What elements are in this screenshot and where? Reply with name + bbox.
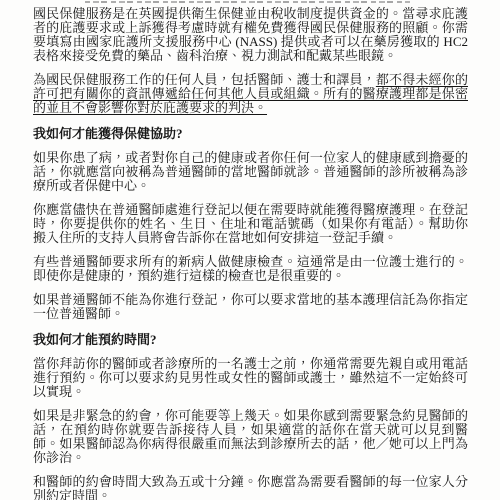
text-segment: 我如何才能預約時間? (33, 332, 157, 347)
paragraph-health-check: 有些普通醫師要求所有的新病人做健康檢查。這通常是由一位護士進行的。即使你是健康的… (33, 255, 468, 283)
text-segment: 當你拜訪你的醫師或者診療所的一名護士之前，你通常需要先親自或用電話進行預約。你可… (33, 356, 468, 399)
text-segment: 如果普通醫師不能為你進行登記，你可以要求當地的基本護理信託為你指定一位普通醫師。 (33, 292, 468, 321)
text-segment: 我如何才能獲得保健協助? (33, 126, 183, 141)
text-segment: 為國民保健服務工作的任何人員，包括醫師、護士和譯員， (33, 72, 376, 87)
heading-how-to-get-healthcare: 我如何才能獲得保健協助? (33, 127, 468, 141)
paragraph-register-gp: 你應當儘快在普通醫師處進行登記以便在需要時就能獲得醫療護理。在登記時，你要提供你… (33, 203, 468, 245)
paragraph-see-gp: 如果你患了病，或者對你自己的健康或者你任何一位家人的健康感到擔憂的話，你就應當向… (33, 151, 468, 193)
text-segment: 你應當儘快在普通醫師處進行登記以便在需要時就能獲得醫療護理。在登記時，你要提供你… (33, 202, 468, 245)
text-segment: 如果是非緊急的約會，你可能要等上幾天。如果你感到需要緊急約見醫師的話，在預約時你… (33, 408, 468, 465)
paragraph-appointment-length: 和醫師的約會時間大致為五或十分鐘。你應當為需要看醫師的每一位家人分別約定時間。 (33, 475, 468, 500)
paragraph-confidentiality: 為國民保健服務工作的任何人員，包括醫師、護士和譯員，都不得未經你的許可把有關你的… (33, 73, 468, 115)
paragraph-booking: 當你拜訪你的醫師或者診療所的一名護士之前，你通常需要先親自或用電話進行預約。你可… (33, 357, 468, 399)
text-segment: 和醫師的約會時間大致為五或十分鐘。你應當為需要看醫師的每一位家人分別約定時間。 (33, 474, 468, 500)
text-segment: 有些普通醫師要求所有的新病人做健康檢查。這通常是由一位護士進行的。即使你是健康的… (33, 254, 468, 283)
heading-how-to-make-appointment: 我如何才能預約時間? (33, 333, 468, 347)
document-body: 國民保健服務是在英國提供衛生保健並由稅收制度提供資金的。當尋求庇護者的庇護要求或… (33, 7, 468, 500)
paragraph-urgent-appointments: 如果是非緊急的約會，你可能要等上幾天。如果你感到需要緊急約見醫師的話，在預約時你… (33, 409, 468, 465)
paragraph-nhs-intro: 國民保健服務是在英國提供衛生保健並由稅收制度提供資金的。當尋求庇護者的庇護要求或… (33, 7, 468, 63)
text-segment: 國民保健服務是在英國提供衛生保健並由稅收制度提供資金的。當尋求庇護者的庇護要求或… (33, 6, 468, 63)
document-page: 國民保健服務是在英國提供衛生保健並由稅收制度提供資金的。當尋求庇護者的庇護要求或… (0, 1, 500, 500)
paragraph-primary-care-trust: 如果普通醫師不能為你進行登記，你可以要求當地的基本護理信託為你指定一位普通醫師。 (33, 293, 468, 321)
clipped-previous-line-fragment (85, 1, 410, 3)
text-segment: 如果你患了病，或者對你自己的健康或者你任何一位家人的健康感到擔憂的話，你就應當向… (33, 150, 468, 193)
